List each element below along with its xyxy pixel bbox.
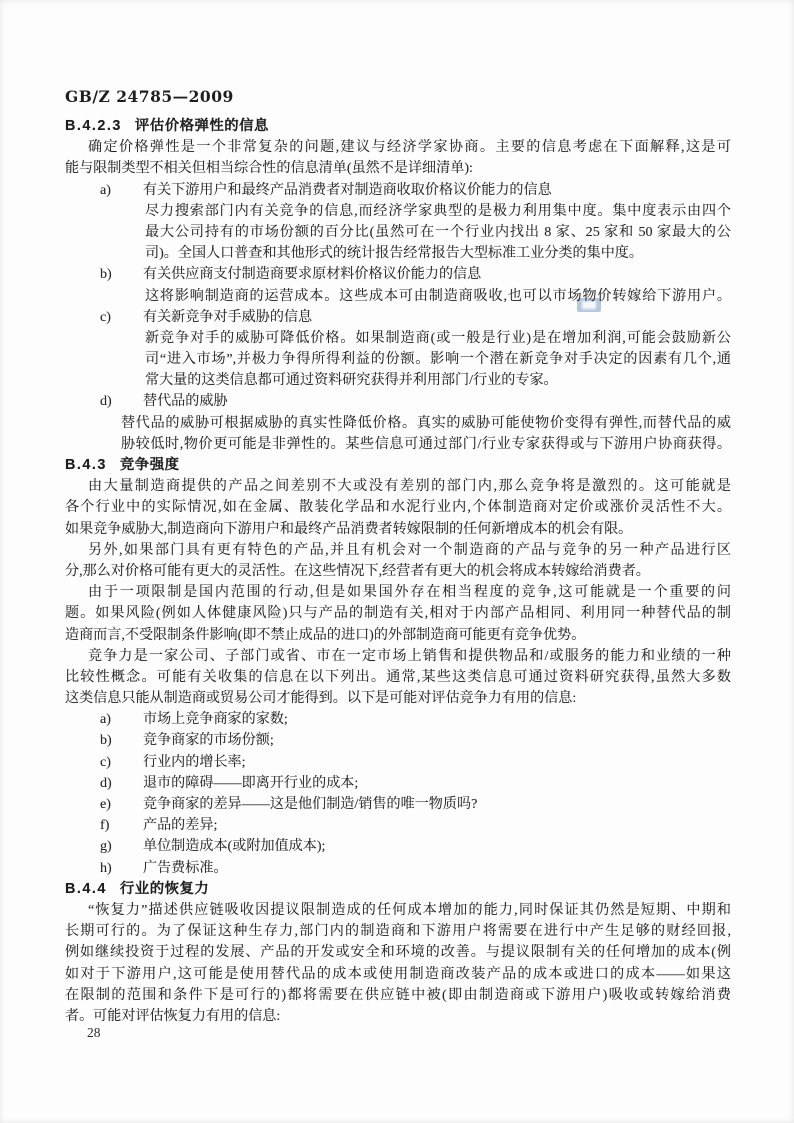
paragraph-line: 能与限制类型不相关但相当综合性的信息清单(虽然不是详细清单): [65, 158, 731, 179]
section-number: B.4.2.3 [65, 118, 122, 134]
document-body: B.4.2.3评估价格弹性的信息 确定价格弹性是一个非常复杂的问题,建议与经济学… [65, 116, 731, 1027]
paragraph-line: 由大量制造商提供的产品之间差别不大或没有差别的部门内,那么竞争将是激烈的。这可能… [65, 476, 731, 497]
list-sub-line: 胁较低时,物价更可能是非弹性的。某些信息可通过部门/行业专家获得或与下游用户协商… [65, 434, 731, 455]
list-item-text: 竞争商家的市场份额; [143, 732, 274, 748]
paragraph-line: 如果竞争威胁大,制造商向下游用户和最终产品消费者转嫁限制的任何新增成本的机会有限… [65, 519, 731, 540]
list-item-text: 有关下游用户和最终产品消费者对制造商收取价格议价能力的信息 [143, 182, 552, 198]
list-item: c)有关新竞争对手威胁的信息 [65, 307, 731, 328]
paragraph-line: 造商而言,不受限制条件影响(即不禁止成品的进口)的外部制造商可能更有竞争优势。 [65, 625, 731, 646]
paragraph-line: 例如继续投资于过程的发展、产品的开发或安全和环境的改善。与提议限制有关的任何增加… [65, 942, 731, 963]
list-item: b)竞争商家的市场份额; [65, 730, 731, 751]
list-sub-line: 尽力搜索部门内有关竞争的信息,而经济学家典型的是极力利用集中度。集中度表示由四个 [65, 201, 731, 222]
list-marker: d) [100, 773, 143, 794]
list-sub-line: 最大公司持有的市场份额的百分比(虽然可在一个行业内找出 8 家、25 家和 50… [65, 222, 731, 243]
list-item-text: 竞争商家的差异——这是他们制造/销售的唯一物质吗? [143, 796, 477, 812]
section-number: B.4.3 [65, 457, 107, 473]
list-sub-line: 这将影响制造商的运营成本。这些成本可由制造商吸收,也可以市场物价转嫁给下游用户。 [65, 286, 731, 307]
list-item: a)有关下游用户和最终产品消费者对制造商收取价格议价能力的信息 [65, 180, 731, 201]
list-marker: c) [100, 307, 143, 328]
list-sub-line: 司“进入市场”,并极力争得所得利益的份额。影响一个潜在新竞争对手决定的因素有几个… [65, 349, 731, 370]
section-heading: B.4.3竞争强度 [65, 455, 731, 476]
list-marker: b) [100, 264, 143, 285]
list-item-text: 行业内的增长率; [143, 754, 246, 770]
list-item-text: 广告费标准。 [143, 860, 228, 876]
paragraph-line: “恢复力”描述供应链吸收因提议限制造成的任何成本增加的能力,同时保证其仍然是短期… [65, 900, 731, 921]
list-marker: e) [100, 794, 143, 815]
paragraph-line: 竞争力是一家公司、子部门或省、市在一定市场上销售和提供物品和/或服务的能力和业绩… [65, 646, 731, 667]
section-number: B.4.4 [65, 881, 107, 897]
list-marker: h) [100, 858, 143, 879]
list-item-text: 产品的差异; [143, 817, 217, 833]
section-title: 竞争强度 [120, 457, 180, 473]
list-item: a)市场上竞争商家的家数; [65, 709, 731, 730]
list-marker: b) [100, 730, 143, 751]
paragraph-line: 长期可行的。为了保证这种生存力,部门内的制造商和下游用户将需要在进行中产生足够的… [65, 921, 731, 942]
list-marker: c) [100, 752, 143, 773]
section-title: 评估价格弹性的信息 [135, 118, 269, 134]
list-marker: d) [100, 391, 143, 412]
list-item: c)行业内的增长率; [65, 752, 731, 773]
list-item-text: 单位制造成本(或附加值成本); [143, 838, 325, 854]
list-item-text: 替代品的威胁 [143, 393, 228, 409]
list-marker: g) [100, 836, 143, 857]
list-marker: a) [100, 180, 143, 201]
paragraph-line: 另外,如果部门具有更有特色的产品,并且有机会对一个制造商的产品与竞争的另一种产品… [65, 540, 731, 561]
paragraph-line: 分,那么对价格可能有更大的灵活性。在这些情况下,经营者有更大的机会将成本转嫁给消… [65, 561, 731, 582]
list-marker: a) [100, 709, 143, 730]
paragraph-line: 如对于下游用户,这可能是使用替代品的成本或使用制造商改装产品的成本或进口的成本—… [65, 964, 731, 985]
paragraph-line: 这类信息只能从制造商或贸易公司才能得到。以下是可能对评估竞争力有用的信息: [65, 688, 731, 709]
list-item: e)竞争商家的差异——这是他们制造/销售的唯一物质吗? [65, 794, 731, 815]
standard-code-header: GB/Z 24785—2009 [65, 87, 234, 106]
section-title: 行业的恢复力 [120, 881, 209, 897]
paragraph-line: 在限制的范围和条件下是可行的)都将需要在供应链中被(即由制造商或下游用户)吸收或… [65, 985, 731, 1006]
list-sub-line: 常大量的这类信息都可通过资料研究获得并利用部门/行业的专家。 [65, 370, 731, 391]
list-marker: f) [100, 815, 143, 836]
list-item: d)退市的障碍——即离开行业的成本; [65, 773, 731, 794]
list-sub-line: 替代品的威胁可根据威胁的真实性降低价格。真实的威胁可能使物价变得有弹性,而替代品… [65, 413, 731, 434]
list-item: g)单位制造成本(或附加值成本); [65, 836, 731, 857]
list-item: d)替代品的威胁 [65, 391, 731, 412]
list-item-text: 有关供应商支付制造商要求原材料价格议价能力的信息 [143, 266, 481, 282]
paragraph-line: 者。可能对评估恢复力有用的信息: [65, 1006, 731, 1027]
paragraph-line: 确定价格弹性是一个非常复杂的问题,建议与经济学家协商。主要的信息考虑在下面解释,… [65, 137, 731, 158]
list-item-text: 退市的障碍——即离开行业的成本; [143, 775, 358, 791]
list-item: b)有关供应商支付制造商要求原材料价格议价能力的信息 [65, 264, 731, 285]
list-item: h)广告费标准。 [65, 858, 731, 879]
list-item-text: 市场上竞争商家的家数; [143, 711, 288, 727]
section-heading: B.4.2.3评估价格弹性的信息 [65, 116, 731, 137]
list-sub-line: 新竞争对手的威胁可降低价格。如果制造商(或一般是行业)是在增加利润,可能会鼓励新… [65, 328, 731, 349]
list-item: f)产品的差异; [65, 815, 731, 836]
list-item-text: 有关新竞争对手威胁的信息 [143, 309, 312, 325]
paragraph-line: 题。如果风险(例如人体健康风险)只与产品的制造有关,相对于内部产品相同、利用同一… [65, 603, 731, 624]
list-sub-line: 司)。全国人口普查和其他形式的统计报告经常报告大型标准工业分类的集中度。 [65, 243, 731, 264]
document-page: GB/Z 24785—2009 B.4.2.3评估价格弹性的信息 确定价格弹性是… [0, 0, 794, 1123]
paragraph-line: 各个行业中的实际情况,如在金属、散装化学品和水泥行业内,个体制造商对定价或涨价灵… [65, 497, 731, 518]
paragraph-line: 由于一项限制是国内范围的行动,但是如果国外存在相当程度的竞争,这可能就是一个重要… [65, 582, 731, 603]
page-number: 28 [87, 1025, 101, 1041]
section-heading: B.4.4行业的恢复力 [65, 879, 731, 900]
paragraph-line: 比较性概念。可能有关收集的信息在以下列出。通常,某些这类信息可通过资料研究获得,… [65, 667, 731, 688]
